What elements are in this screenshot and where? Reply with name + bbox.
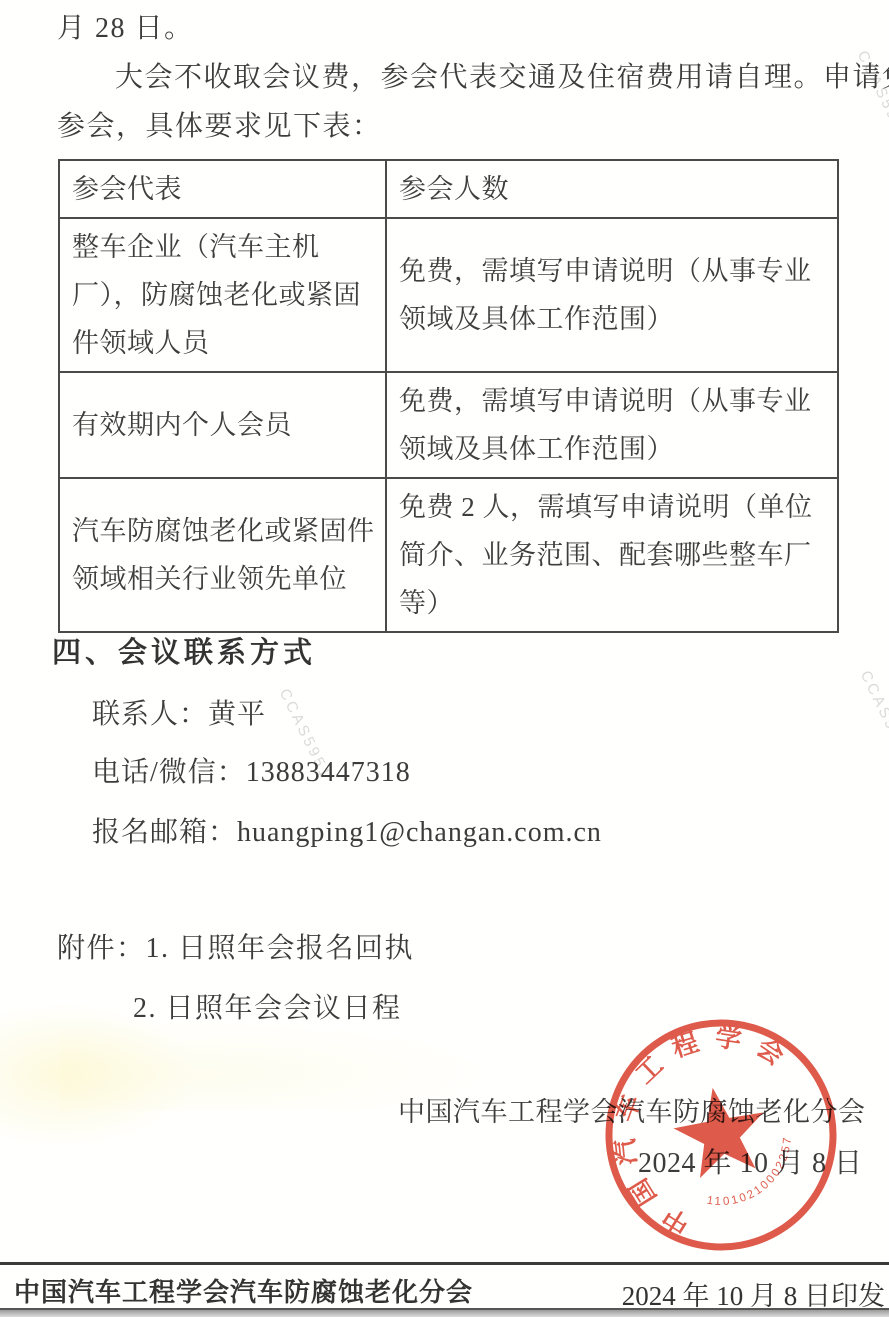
- cell-representative: 汽车防腐蚀老化或紧固件领域相关行业领先单位: [59, 478, 386, 632]
- contact-person: 联系人：黄平: [92, 692, 266, 732]
- scan-edge: [0, 1310, 889, 1317]
- table-header-row: 参会代表 参会人数: [59, 160, 838, 218]
- intro-line-3: 参会，具体要求见下表：: [57, 104, 382, 144]
- attachment-item-2: 2. 日照年会会议日程: [133, 986, 402, 1026]
- col-header-representative: 参会代表: [59, 160, 386, 218]
- contact-email: 报名邮箱：huangping1@changan.com.cn: [92, 810, 602, 850]
- footer-rule-top: [0, 1262, 889, 1265]
- seal-star: [668, 1080, 773, 1181]
- table-row: 整车企业（汽车主机厂），防腐蚀老化或紧固件领域人员 免费，需填写申请说明（从事专…: [59, 218, 838, 372]
- cell-representative: 有效期内个人会员: [59, 372, 386, 478]
- table-row: 汽车防腐蚀老化或紧固件领域相关行业领先单位 免费 2 人，需填写申请说明（单位简…: [59, 478, 838, 632]
- cell-count: 免费 2 人，需填写申请说明（单位简介、业务范围、配套哪些整车厂等）: [386, 478, 838, 632]
- intro-line-1: 月 28 日。: [57, 6, 194, 46]
- document-page: CCAS5951 CCAS5951 CCAS5951 月 28 日。 大会不收取…: [0, 0, 889, 1317]
- cell-representative: 整车企业（汽车主机厂），防腐蚀老化或紧固件领域人员: [59, 218, 386, 372]
- cell-count: 免费，需填写申请说明（从事专业领域及具体工作范围）: [386, 372, 838, 478]
- footer-org: 中国汽车工程学会汽车防腐蚀老化分会: [14, 1272, 473, 1309]
- intro-line-2: 大会不收取会议费，参会代表交通及住宿费用请自理。申请免费: [115, 55, 889, 95]
- col-header-count: 参会人数: [386, 160, 838, 218]
- watermark-text: CCAS5951: [857, 668, 889, 764]
- cell-count: 免费，需填写申请说明（从事专业领域及具体工作范围）: [386, 218, 838, 372]
- section-heading-contact: 四、会议联系方式: [52, 630, 316, 671]
- attachment-line-1: 附件：1. 日照年会报名回执: [57, 926, 414, 966]
- attachment-item-1: 1. 日照年会报名回执: [146, 933, 415, 964]
- attachments-label: 附件：: [57, 933, 146, 964]
- participation-table: 参会代表 参会人数 整车企业（汽车主机厂），防腐蚀老化或紧固件领域人员 免费，需…: [58, 159, 839, 633]
- contact-phone: 电话/微信：13883447318: [92, 750, 411, 790]
- official-seal: 中国汽车工程学会 11010210002257: [582, 996, 860, 1274]
- table-row: 有效期内个人会员 免费，需填写申请说明（从事专业领域及具体工作范围）: [59, 372, 838, 478]
